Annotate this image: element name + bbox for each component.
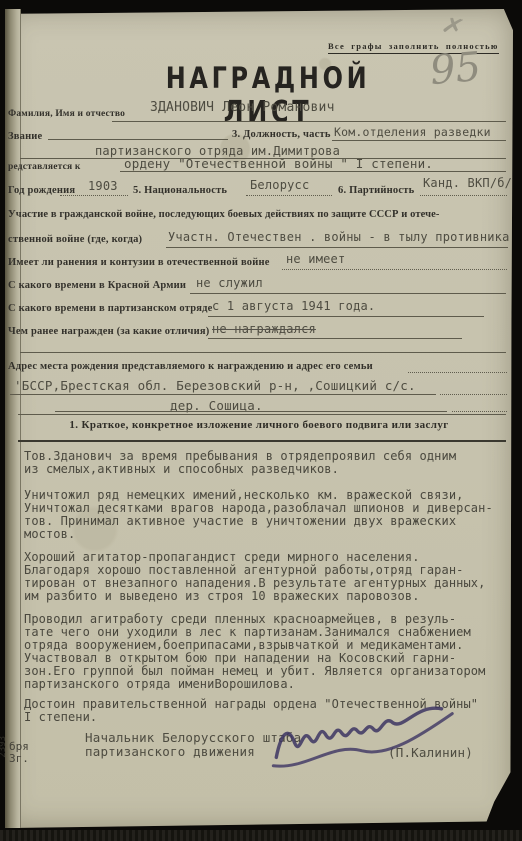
form-rule: [10, 394, 436, 395]
body-line: из смелых,активных и способных разведчик…: [24, 463, 456, 476]
name-value: ЗДАНОВИЧ Леон Романович: [150, 100, 335, 115]
position-value: Ком.отделения разведки: [334, 125, 491, 139]
wounds-value: не имеет: [286, 252, 345, 266]
form-rule: [20, 352, 506, 353]
form-rule: [420, 195, 507, 196]
paragraph-1: Тов.Зданович за время пребывания в отряд…: [24, 450, 456, 476]
form-rule: [408, 372, 507, 373]
form-rule: [332, 140, 506, 141]
form-rule: [208, 338, 462, 339]
form-rule: [440, 394, 507, 395]
previous-awards-value: не награждался: [212, 322, 316, 336]
previous-awards-label: Чем ранее награжден (за какие отличия): [8, 326, 209, 337]
position-label: 3. Должность, часть: [232, 129, 331, 140]
form-rule: [120, 171, 506, 172]
document-title: НАГРАДНОЙ ЛИСТ: [130, 62, 406, 129]
red-army-value: не служил: [196, 276, 263, 290]
form-rule: [112, 121, 506, 122]
scanned-award-document: Все графы заполнить полностью ✗ 95 НАГРА…: [0, 0, 522, 841]
partisan-since-label: С какого времени в партизанском отряде: [8, 303, 213, 314]
nationality-label: 5. Национальность: [133, 185, 227, 196]
name-label: Фамилия, Имя и отчество: [8, 109, 125, 119]
form-rule: [190, 293, 506, 294]
date-fragment-year: 3г.: [9, 752, 29, 765]
body-line: им разбито и выведено из строя 10 вражес…: [24, 590, 485, 603]
paragraph-2: Уничтожил ряд немецких имений,несколько …: [24, 489, 493, 541]
section-header: 1. Краткое, конкретное изложение личного…: [20, 419, 498, 431]
partisan-since-value: с 1 августа 1941 года.: [212, 299, 375, 313]
form-rule: [452, 411, 507, 412]
signer-title-line-2: партизанского движения: [85, 744, 255, 759]
wounds-label: Имеет ли ранения и контузии в отечествен…: [8, 257, 270, 268]
form-rule: [282, 269, 507, 270]
form-rule: [60, 195, 128, 196]
handwritten-page-number: 95: [428, 44, 483, 94]
paragraph-3: Хороший агитатор-пропагандист среди мирн…: [24, 551, 485, 603]
party-label: 6. Партийность: [338, 185, 414, 196]
body-line: партизанского отряда имениВорошилова.: [24, 678, 485, 691]
form-rule: [55, 411, 447, 412]
birth-year-value: 1903: [88, 179, 118, 193]
party-value: Канд. ВКП/б/: [423, 176, 512, 190]
rank-label: Звание: [8, 131, 42, 142]
red-army-label: С какого времени в Красной Армии: [8, 280, 186, 291]
war-participation-value: Участн. Отечествен . войны - в тылу прот…: [168, 230, 510, 244]
body-line: тов. Принимал активное участие в уничтож…: [24, 515, 493, 528]
form-rule: [18, 440, 506, 442]
nationality-value: Белорусс: [250, 178, 309, 192]
scan-bottom-texture: [0, 830, 522, 841]
form-rule: [208, 316, 484, 317]
war-participation-label-2: ственной войне (где, когда): [8, 234, 142, 245]
form-rule: [18, 414, 506, 415]
form-rule: [246, 195, 332, 196]
edge-number-fragment: 2393: [0, 736, 8, 758]
presented-value: ордену "Отечественной войны " I степени.: [124, 156, 433, 171]
body-line: мостов.: [24, 528, 493, 541]
war-participation-label-1: Участие в гражданской войне, последующих…: [8, 209, 439, 220]
presented-label: редставляется к: [8, 162, 81, 172]
paragraph-4: Проводил агитработу среди пленных красно…: [24, 613, 485, 691]
form-rule: [166, 247, 508, 248]
address-label: Адрес места рождения представляемого к н…: [8, 361, 373, 372]
form-rule: [48, 139, 228, 140]
address-value-1: 'БССР,Брестская обл. Березовский р-н, ,С…: [14, 378, 416, 393]
